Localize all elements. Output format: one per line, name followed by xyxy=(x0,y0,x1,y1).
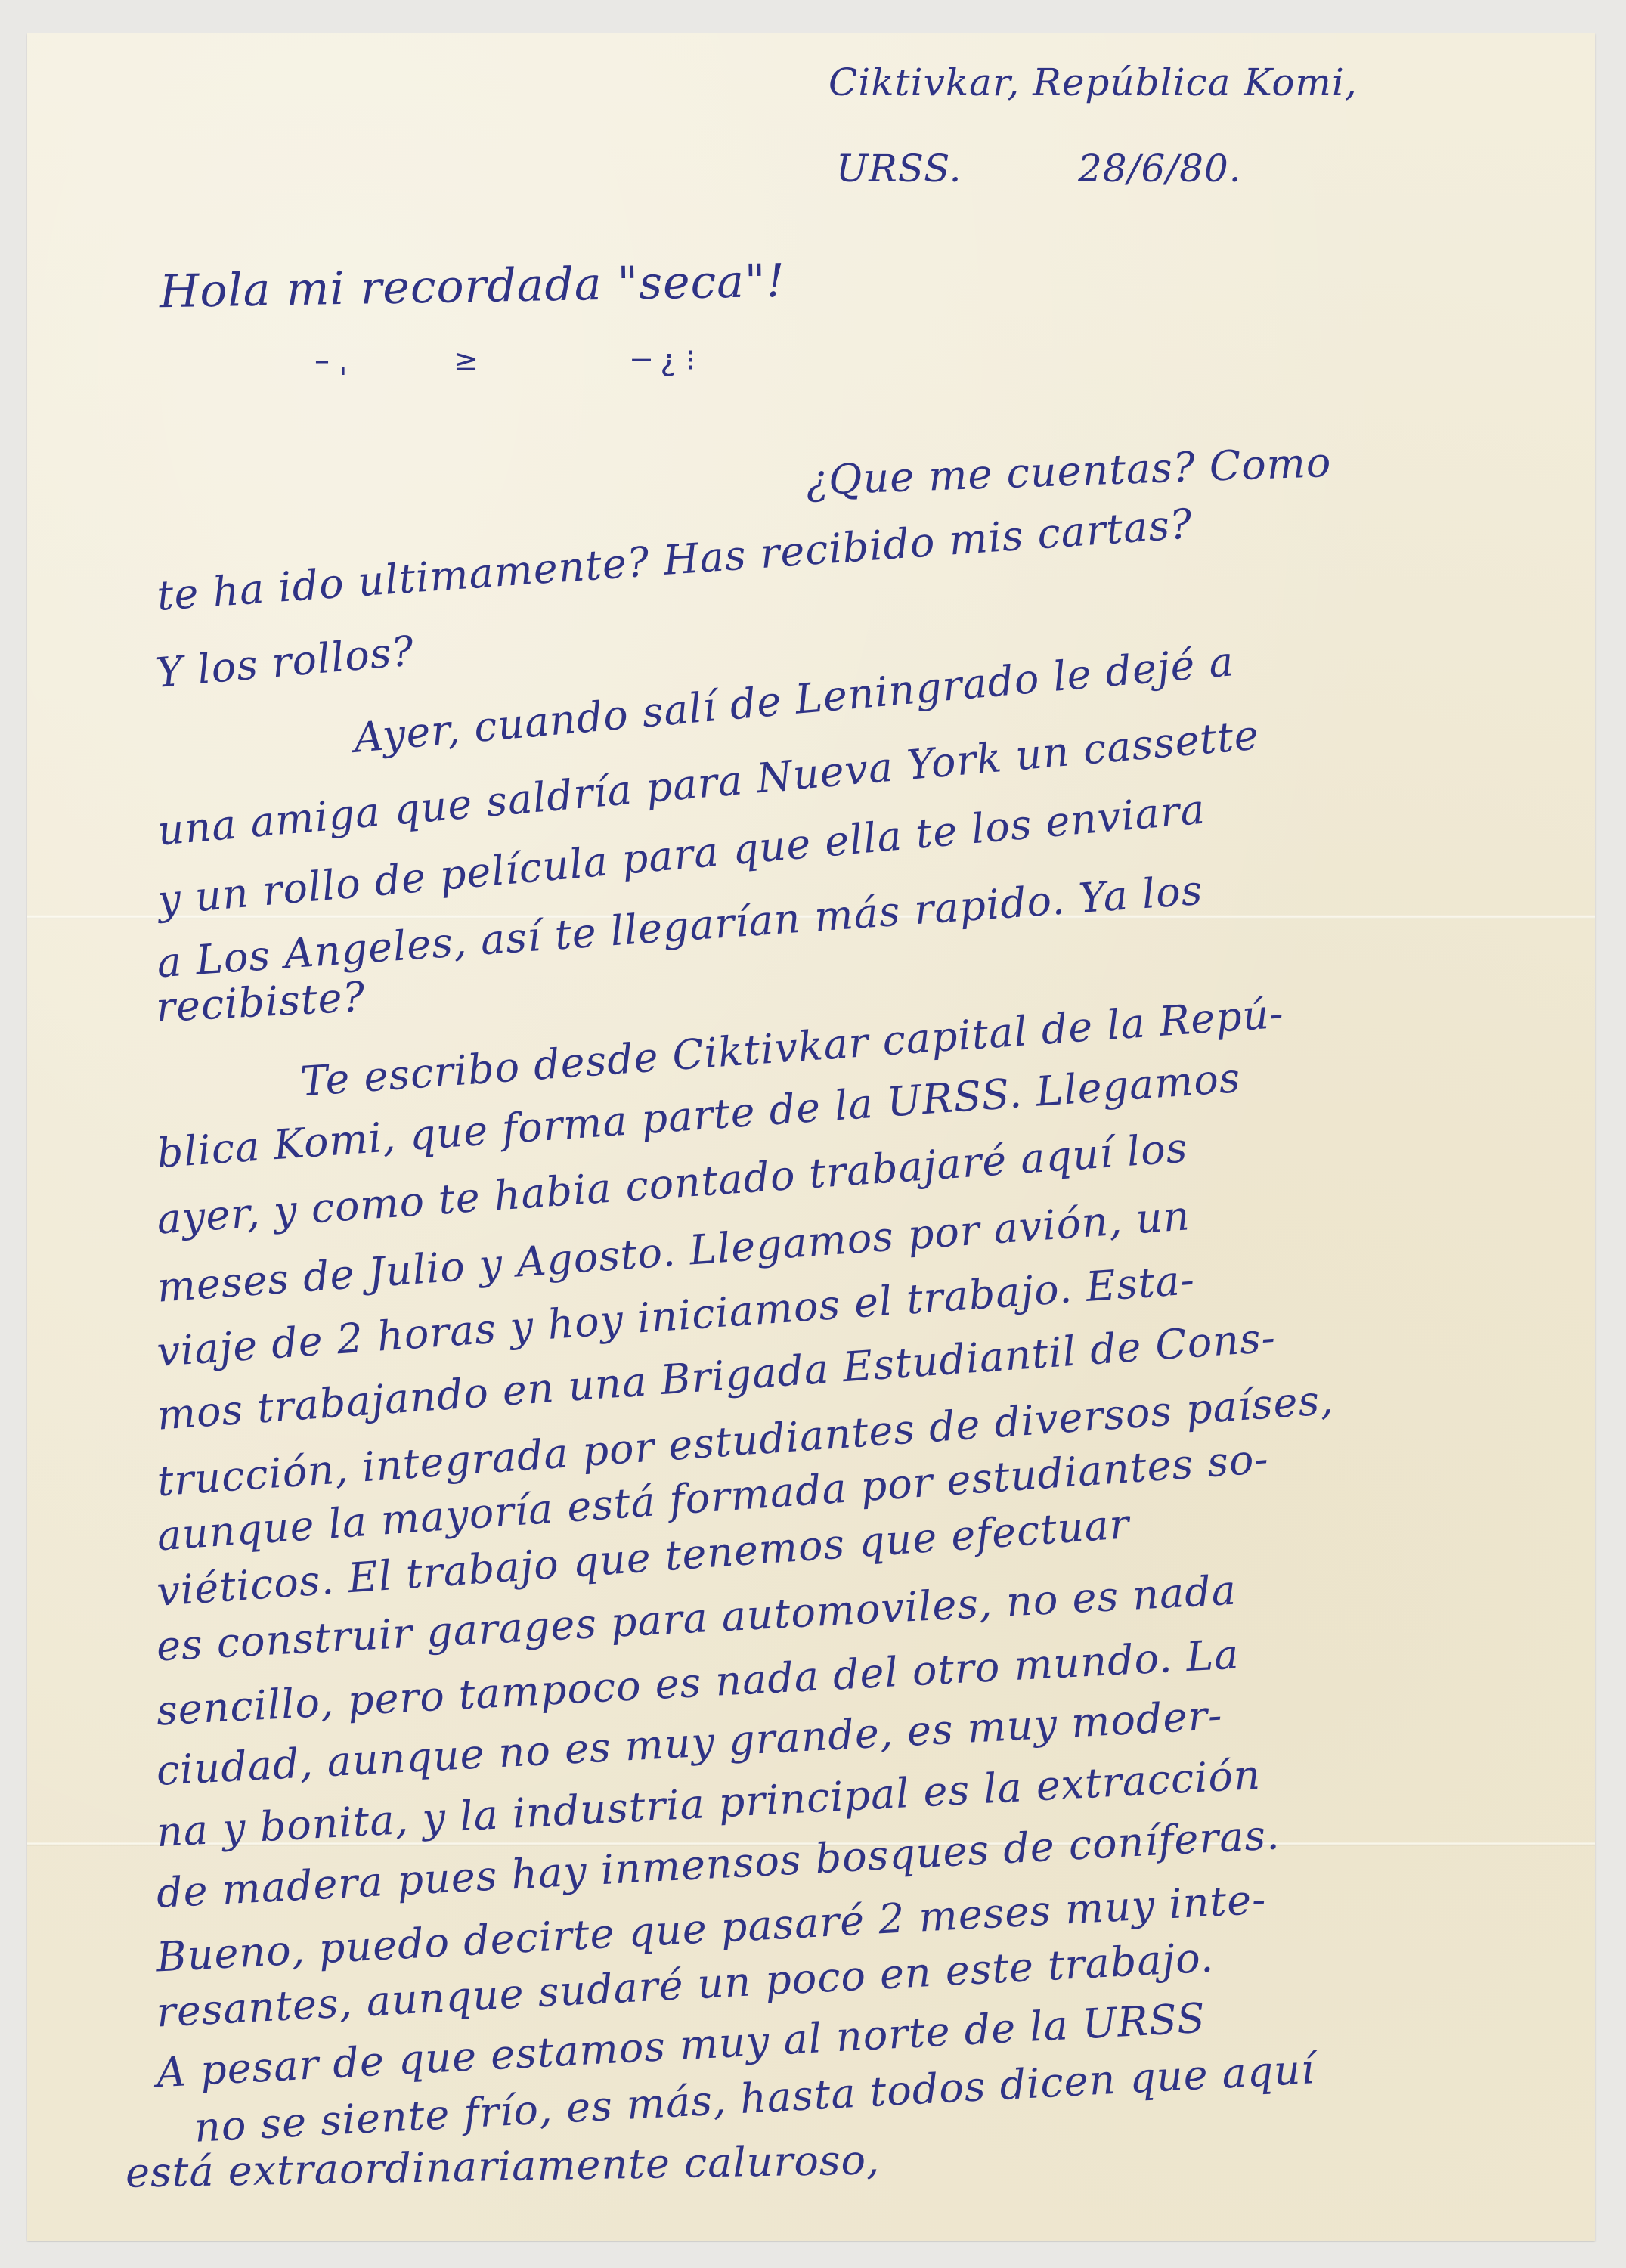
letter-line: ¿Que me cuentas? Como xyxy=(805,438,1332,504)
letter-line: Y los rollos? xyxy=(154,627,417,697)
letter-date: 28/6/80. xyxy=(1078,147,1242,191)
letter-greeting: Hola mi recordada "seca"! xyxy=(159,255,785,318)
letter-location: Ciktivkar, República Komi, xyxy=(828,60,1358,104)
letter-line: te ha ido ultimamente? Has recibido mis … xyxy=(155,500,1194,620)
greeting-underline-marks: – ˌ ≥ ─ ¿ ⁝ xyxy=(314,343,695,378)
letter-page: Ciktivkar, República Komi, URSS. 28/6/80… xyxy=(27,33,1595,2241)
letter-country: URSS. xyxy=(836,147,962,191)
letter-line: recibiste? xyxy=(155,973,367,1031)
